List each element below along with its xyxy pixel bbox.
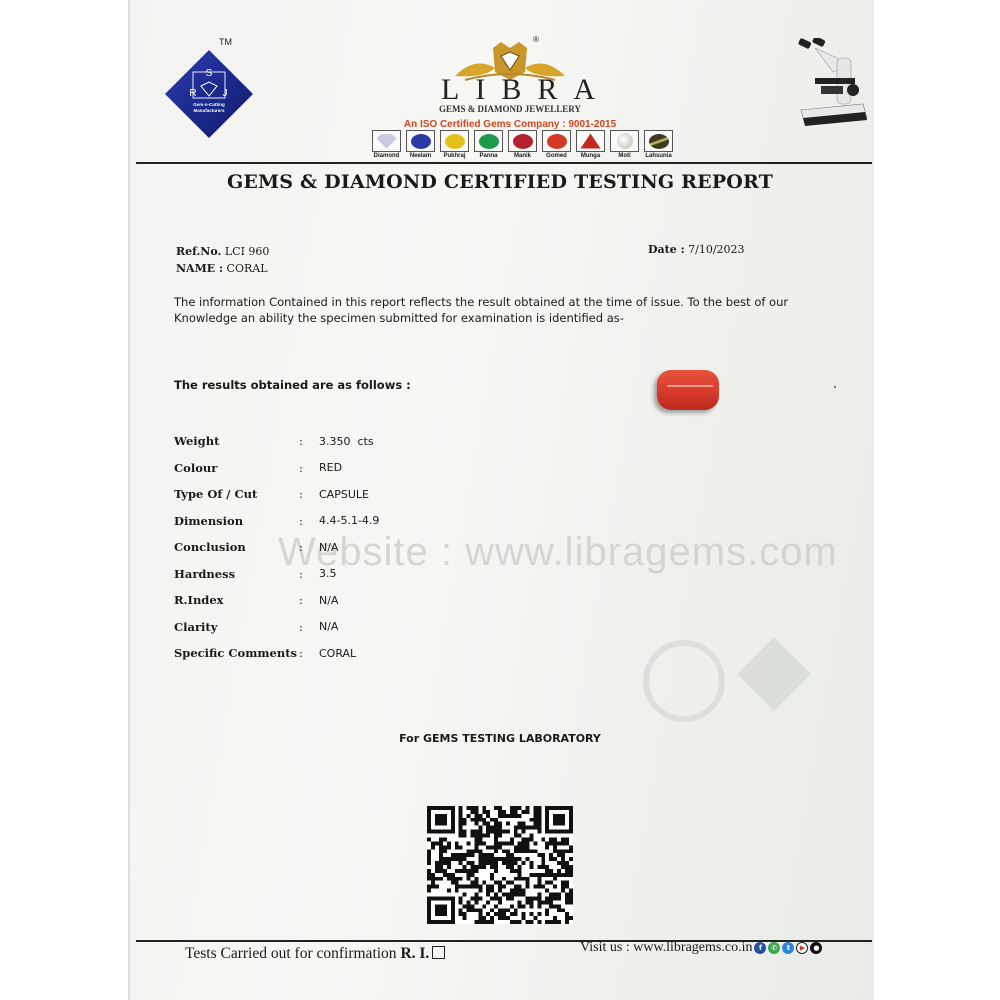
- lab-signature-label: For GEMS TESTING LABORATORY: [128, 732, 872, 745]
- play-store-icon[interactable]: ▶: [796, 942, 808, 954]
- cats-eye-icon: [649, 134, 669, 149]
- paper-speck: [834, 386, 836, 388]
- gem-munga: Munga: [575, 130, 606, 159]
- report-date-value: 7/10/2023: [688, 243, 744, 256]
- specification-table: Weight:3.350 cts Colour:RED Type Of / Cu…: [174, 428, 379, 667]
- report-title: GEMS & DIAMOND CERTIFIED TESTING REPORT: [128, 171, 872, 193]
- ruby-icon: [513, 134, 533, 149]
- coral-triangle-icon: [581, 134, 601, 149]
- gem-gomed: Gomed: [541, 130, 572, 159]
- gem-manik: Manik: [507, 130, 538, 159]
- diamond-icon: [377, 134, 397, 149]
- ref-number: Ref.No. LCI 960: [176, 245, 269, 258]
- gem-diamond: Diamond: [371, 130, 402, 159]
- emerald-icon: [479, 134, 499, 149]
- app-store-icon[interactable]: ●: [810, 942, 822, 954]
- svg-text:S: S: [206, 68, 213, 79]
- spec-row-weight: Weight:3.350 cts: [174, 428, 379, 455]
- spec-row-hardness: Hardness:3.5: [174, 561, 379, 588]
- brand-name: LIBRA: [400, 74, 636, 106]
- gem-pukhraj: Pukhraj: [439, 130, 470, 159]
- trademark-mark: TM: [219, 37, 232, 47]
- spec-row-cut: Type Of / Cut:CAPSULE: [174, 481, 379, 508]
- ri-checkbox: [432, 946, 445, 959]
- srj-logo-icon: S R J Gem-n-Cutting Manufacturers: [163, 48, 255, 140]
- specimen-name-value: CORAL: [227, 262, 268, 275]
- spec-row-rindex: R.Index:N/A: [174, 587, 379, 614]
- ref-number-value: LCI 960: [225, 245, 270, 258]
- spec-row-colour: Colour:RED: [174, 455, 379, 482]
- report-date: Date : 7/10/2023: [648, 243, 745, 256]
- svg-text:J: J: [223, 88, 228, 99]
- spec-row-conclusion: Conclusion:N/A: [174, 534, 379, 561]
- header-divider: [136, 162, 872, 164]
- gem-panna: Panna: [473, 130, 504, 159]
- footer-visit: Visit us : www.libragems.co.in f ✆ t ▶ ●: [580, 940, 822, 956]
- gem-neelam: Neelam: [405, 130, 436, 159]
- specimen-name: NAME : CORAL: [176, 262, 268, 275]
- coral-specimen-image: [657, 370, 719, 410]
- hessonite-icon: [547, 134, 567, 149]
- registered-mark: ®: [533, 35, 539, 44]
- iso-certification: An ISO Certified Gems Company : 9001-201…: [400, 119, 620, 130]
- facebook-icon[interactable]: f: [754, 942, 766, 954]
- svg-text:Gem-n-Cutting: Gem-n-Cutting: [193, 102, 225, 107]
- gem-moti: Moti: [609, 130, 640, 159]
- svg-text:Manufacturers: Manufacturers: [193, 108, 225, 113]
- pearl-icon: [617, 133, 633, 149]
- tests-confirmation: Tests Carried out for confirmation R. I.: [185, 945, 445, 963]
- intro-paragraph: The information Contained in this report…: [174, 294, 814, 326]
- website-link[interactable]: Visit us : www.libragems.co.in: [580, 940, 752, 956]
- microscope-icon: [793, 38, 871, 130]
- svg-text:R: R: [189, 88, 196, 99]
- yellow-sapphire-icon: [445, 134, 465, 149]
- whatsapp-icon[interactable]: ✆: [768, 942, 780, 954]
- watermark-address: [600, 745, 830, 767]
- results-heading: The results obtained are as follows :: [174, 378, 411, 392]
- gem-types-row: Diamond Neelam Pukhraj Panna Manik Gomed…: [371, 130, 674, 159]
- spec-row-clarity: Clarity:N/A: [174, 614, 379, 641]
- twitter-icon[interactable]: t: [782, 942, 794, 954]
- spec-row-comments: Specific Comments:CORAL: [174, 640, 379, 667]
- spec-row-dimension: Dimension:4.4-5.1-4.9: [174, 508, 379, 535]
- brand-subtitle: GEMS & DIAMOND JEWELLERY: [400, 104, 620, 114]
- gem-lahsunia: Lahsunia: [643, 130, 674, 159]
- sapphire-icon: [411, 134, 431, 149]
- watermark-seal-icon: [643, 640, 725, 722]
- qr-code-icon[interactable]: [427, 806, 573, 924]
